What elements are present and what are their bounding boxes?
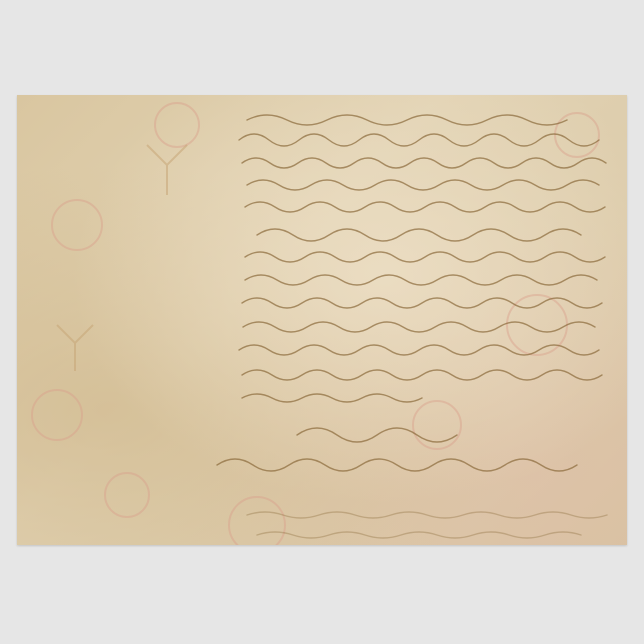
handwriting-illustration (17, 95, 627, 545)
vintage-paper-image (17, 95, 627, 545)
